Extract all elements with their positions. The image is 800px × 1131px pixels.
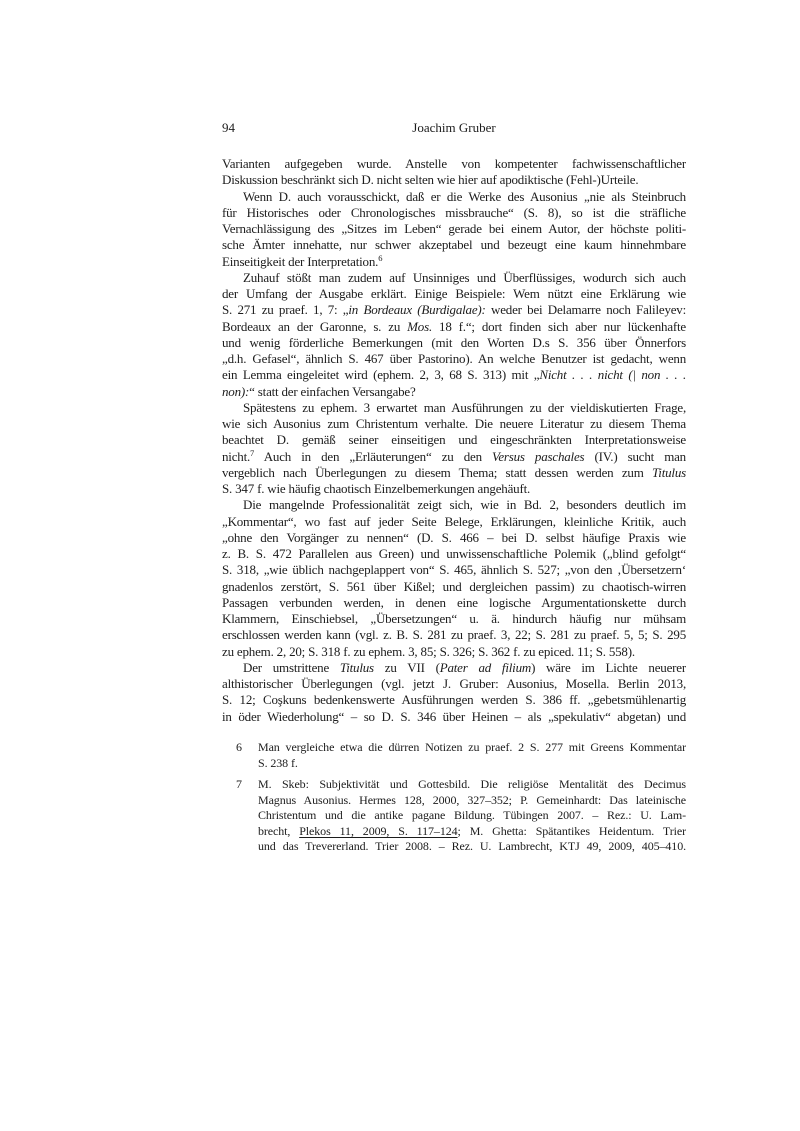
text-line: Varianten aufgegeben wurde. Anstelle von… — [222, 156, 686, 172]
text-run: ein Lemma eingeleitet wird (ephem. 2, 3,… — [222, 367, 539, 382]
text-line: Diskussion beschränkt sich D. nicht selt… — [222, 172, 686, 188]
text-run: althistorischer Überlegungen (vgl. jetzt… — [222, 676, 686, 691]
text-line: S. 318, „wie üblich nachgeplappert von“ … — [222, 562, 686, 578]
text-run: und wenig förderliche Bemerkungen (mit d… — [222, 335, 686, 350]
text-line: nicht.7 Auch in den „Erläuterungen“ zu d… — [222, 449, 686, 465]
text-run: Passagen verbunden werden, in denen eine… — [222, 595, 686, 610]
text-run: ) wäre im Lichte neuerer — [531, 660, 686, 675]
text-run: “ statt der einfachen Versangabe? — [249, 384, 415, 399]
text-run: zu ephem. 2, 20; S. 318 f. zu ephem. 3, … — [222, 644, 635, 659]
text-line: S. 271 zu praef. 1, 7: „in Bordeaux (Bur… — [222, 302, 686, 318]
text-run: Pater ad filium — [440, 660, 531, 675]
text-run: Christentum und die antike pagane Bildun… — [258, 808, 686, 822]
text-line: Magnus Ausonius. Hermes 128, 2000, 327–3… — [258, 793, 686, 809]
text-line: Klammern, Einschiebsel, „Übersetzungen“ … — [222, 611, 686, 627]
text-run: der Umfang der Ausgabe erklärt. Einige B… — [222, 286, 686, 301]
text-run: in öder Wiederholung“ – so D. S. 346 übe… — [222, 709, 686, 724]
plekos-link[interactable]: Plekos 11, 2009, S. 117–124 — [299, 824, 457, 838]
text-run: für Historisches oder Chronologisches mi… — [222, 205, 686, 220]
text-line: Die mangelnde Professionalität zeigt sic… — [222, 497, 686, 513]
running-title: Joachim Gruber — [222, 120, 686, 135]
text-line: S. 347 f. wie häufig chaotisch Einzelbem… — [222, 481, 686, 497]
text-line: „ohne den Vorgänger zu nennen“ (D. S. 46… — [222, 530, 686, 546]
text-run: Die mangelnde Professionalität zeigt sic… — [243, 497, 686, 512]
text-run: Versus paschales — [492, 449, 584, 464]
text-run: wie sich Ausonius zum Christentum verhal… — [222, 416, 686, 431]
text-run: Auch in den „Erläuterungen“ zu den — [254, 449, 492, 464]
text-line: „d.h. Gefasel“, ähnlich S. 467 über Past… — [222, 351, 686, 367]
text-line: gnadenlos zerstört, S. 561 über Kißel; u… — [222, 579, 686, 595]
text-run: (IV.) sucht man — [584, 449, 686, 464]
footnote-number: 7 — [236, 777, 242, 793]
text-line: und das Trevererland. Trier 2008. – Rez.… — [258, 839, 686, 855]
text-line: Zuhauf stößt man zudem auf Unsinniges un… — [222, 270, 686, 286]
text-line: und wenig förderliche Bemerkungen (mit d… — [222, 335, 686, 351]
text-run: non): — [222, 384, 249, 399]
text-run: S. 318, „wie üblich nachgeplappert von“ … — [222, 562, 686, 577]
text-run: ; M. Ghetta: Spätantikes Heidentum. Trie… — [458, 824, 686, 838]
text-run: Titulus — [340, 660, 374, 675]
text-line: althistorischer Überlegungen (vgl. jetzt… — [222, 676, 686, 692]
text-line: non):“ statt der einfachen Versangabe? — [222, 384, 686, 400]
text-run: und das — [258, 839, 305, 853]
text-run: „Kommentar“, wo fast auf jeder Seite Bel… — [222, 514, 686, 529]
body-text: Varianten aufgegeben wurde. Anstelle von… — [222, 156, 686, 725]
text-line: beachtet D. gemäß seiner einseitigen und… — [222, 432, 686, 448]
text-line: Vernachlässigung des „Sitzes im Leben“ g… — [222, 221, 686, 237]
text-run: M. Skeb: Subjektivität und Gottesbild. D… — [258, 777, 686, 791]
document-page: 94 Joachim Gruber Varianten aufgegeben w… — [0, 0, 800, 1131]
text-run: Mos. — [407, 319, 432, 334]
text-line: Wenn D. auch vorausschickt, daß er die W… — [222, 189, 686, 205]
text-run: S. 347 f. wie häufig chaotisch Einzelbem… — [222, 481, 530, 496]
text-line: Man vergleiche etwa die dürren Notizen z… — [258, 740, 686, 756]
text-line: brecht, Plekos 11, 2009, S. 117–124; M. … — [258, 824, 686, 840]
text-run: Magnus Ausonius. Hermes 128, 2000, 327–3… — [258, 793, 686, 807]
footnote: 7M. Skeb: Subjektivität und Gottesbild. … — [222, 777, 686, 855]
text-run: erschlossen werden kann (vgl. z. B. S. 2… — [222, 627, 686, 642]
text-run: Man vergleiche etwa die dürren Notizen z… — [258, 740, 686, 754]
text-line: z. B. S. 472 Parallelen aus Green) und u… — [222, 546, 686, 562]
text-run: Klammern, Einschiebsel, „Übersetzungen“ … — [222, 611, 686, 626]
text-run: Zuhauf stößt man zudem auf Unsinniges un… — [243, 270, 686, 285]
footnote: 6Man vergleiche etwa die dürren Notizen … — [222, 740, 686, 771]
text-line: M. Skeb: Subjektivität und Gottesbild. D… — [258, 777, 686, 793]
text-line: in öder Wiederholung“ – so D. S. 346 übe… — [222, 709, 686, 725]
text-line: „Kommentar“, wo fast auf jeder Seite Bel… — [222, 514, 686, 530]
text-run: sche Ämter innehatte, nur schwer akzepta… — [222, 237, 686, 252]
text-line: der Umfang der Ausgabe erklärt. Einige B… — [222, 286, 686, 302]
text-line: sche Ämter innehatte, nur schwer akzepta… — [222, 237, 686, 253]
text-run: Bordeaux an der Garonne, s. zu — [222, 319, 407, 334]
text-line: S. 12; Coşkuns bedenkenswerte Ausführung… — [222, 692, 686, 708]
text-line: S. 238 f. — [258, 756, 686, 772]
text-line: ein Lemma eingeleitet wird (ephem. 2, 3,… — [222, 367, 686, 383]
text-run: Rez. U. Lambrecht, KTJ 49, 2009, 405–410… — [445, 839, 686, 853]
text-run: S. 271 zu praef. 1, 7: „ — [222, 302, 348, 317]
text-run: Der umstrittene — [243, 660, 340, 675]
text-line: Passagen verbunden werden, in denen eine… — [222, 595, 686, 611]
text-run: „d.h. Gefasel“, ähnlich S. 467 über Past… — [222, 351, 686, 366]
running-head: 94 Joachim Gruber — [222, 120, 686, 135]
text-run: beachtet D. gemäß seiner einseitigen und… — [222, 432, 686, 447]
text-line: erschlossen werden kann (vgl. z. B. S. 2… — [222, 627, 686, 643]
footnote-ref: 6 — [378, 254, 382, 264]
text-run: zu VII ( — [374, 660, 440, 675]
footnote-ref: 7 — [250, 449, 254, 459]
text-line: wie sich Ausonius zum Christentum verhal… — [222, 416, 686, 432]
text-run: S. 12; Coşkuns bedenkenswerte Ausführung… — [222, 692, 686, 707]
text-line: Bordeaux an der Garonne, s. zu Mos. 18 f… — [222, 319, 686, 335]
text-run: gnadenlos zerstört, S. 561 über Kißel; u… — [222, 579, 686, 594]
text-line: Einseitigkeit der Interpretation.6 — [222, 254, 686, 270]
text-run: Titulus — [652, 465, 686, 480]
text-line: für Historisches oder Chronologisches mi… — [222, 205, 686, 221]
footnotes: 6Man vergleiche etwa die dürren Notizen … — [222, 740, 686, 855]
text-run: Trevererland. Trier 2008. – — [305, 839, 444, 853]
text-run: z. B. S. 472 Parallelen aus Green) und u… — [222, 546, 686, 561]
text-run: in Bordeaux (Burdigalae): — [348, 302, 485, 317]
text-run: nicht. — [222, 449, 250, 464]
text-line: zu ephem. 2, 20; S. 318 f. zu ephem. 3, … — [222, 644, 686, 660]
text-run: weder bei Delamarre noch Falileyev: — [486, 302, 686, 317]
text-run: 18 f.“; dort finden sich aber nur lücken… — [432, 319, 686, 334]
text-run: Vernachlässigung des „Sitzes im Leben“ g… — [222, 221, 686, 236]
text-line: vergeblich nach Überlegungen zu diesem T… — [222, 465, 686, 481]
footnote-number: 6 — [236, 740, 242, 756]
text-line: Der umstrittene Titulus zu VII (Pater ad… — [222, 660, 686, 676]
text-run: Varianten aufgegeben wurde. Anstelle von… — [222, 156, 686, 171]
text-run: vergeblich nach Überlegungen zu diesem T… — [222, 465, 652, 480]
text-run: „ohne den Vorgänger zu nennen“ (D. S. 46… — [222, 530, 686, 545]
text-run: brecht, — [258, 824, 299, 838]
text-run: Spätestens zu ephem. 3 erwartet man Ausf… — [243, 400, 686, 415]
text-line: Christentum und die antike pagane Bildun… — [258, 808, 686, 824]
text-run: Einseitigkeit der Interpretation. — [222, 254, 378, 269]
text-run: Nicht . . . nicht (| non . . . — [539, 367, 686, 382]
text-line: Spätestens zu ephem. 3 erwartet man Ausf… — [222, 400, 686, 416]
text-run: Diskussion beschränkt sich D. nicht selt… — [222, 172, 638, 187]
text-run: S. 238 f. — [258, 756, 298, 770]
text-run: Wenn D. auch vorausschickt, daß er die W… — [243, 189, 686, 204]
